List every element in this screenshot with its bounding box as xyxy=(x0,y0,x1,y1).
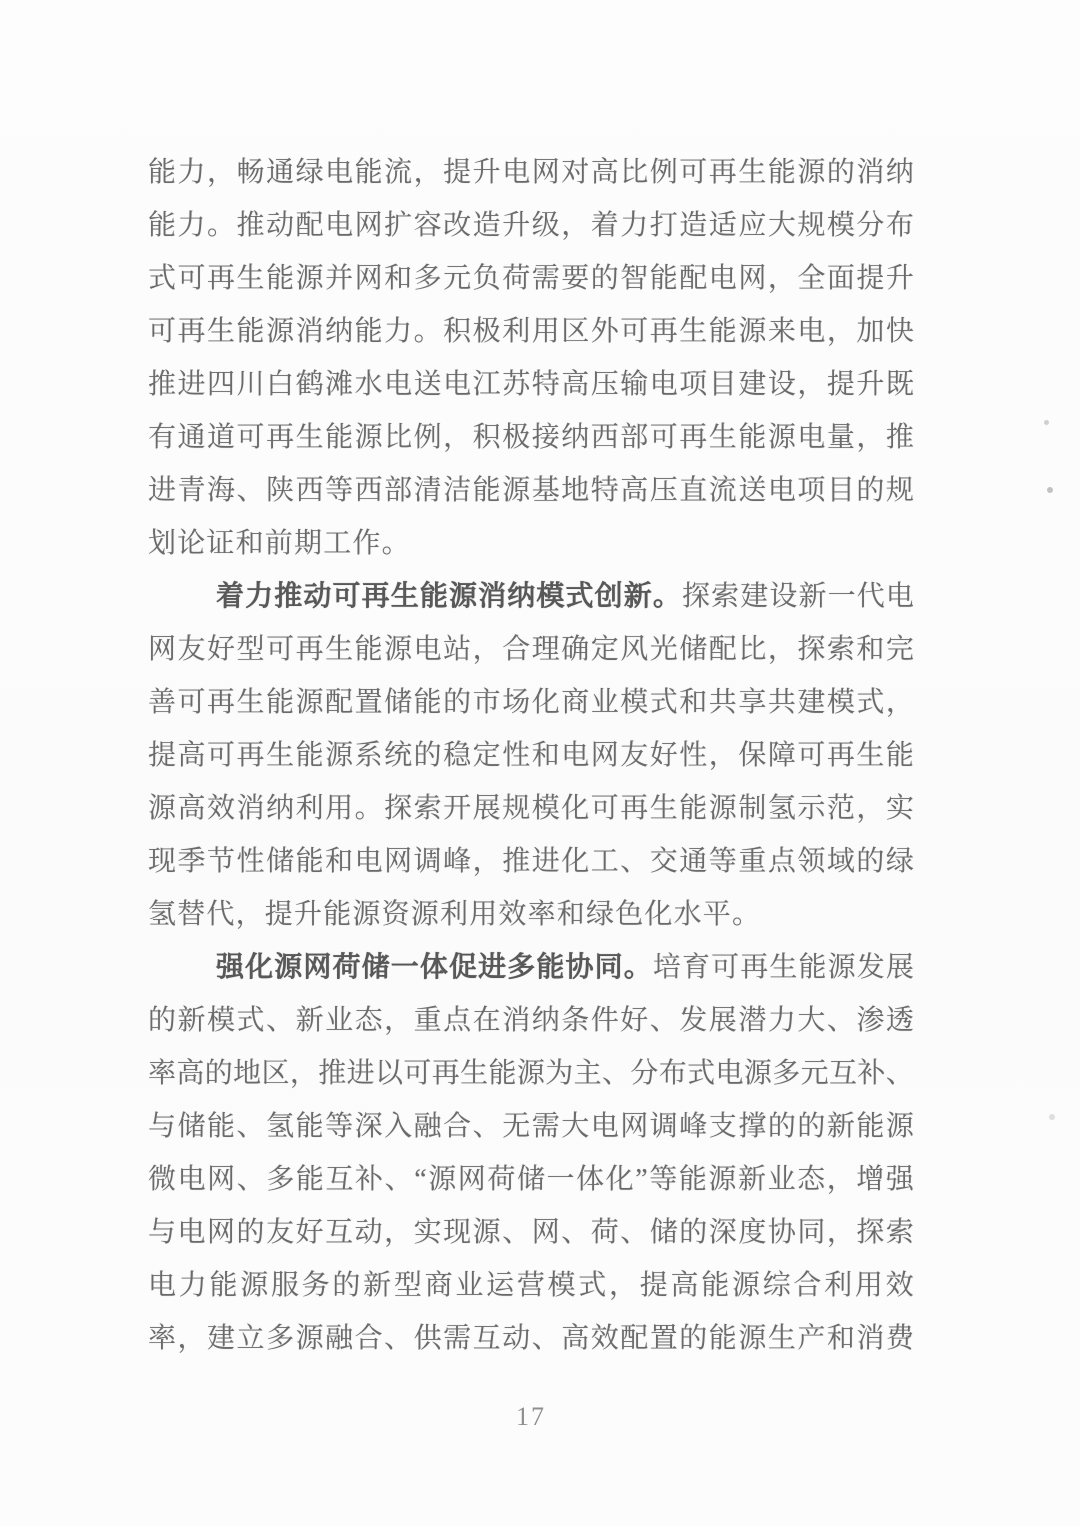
text-line: 电力能源服务的新型商业运营模式，提高能源综合利用效 xyxy=(148,1259,914,1312)
text-line: 能力。推动配电网扩容改造升级，着力打造适应大规模分布 xyxy=(148,199,914,252)
text-line: 与储能、氢能等深入融合、无需大电网调峰支撑的的新能源 xyxy=(148,1100,914,1153)
text-line: 率高的地区，推进以可再生能源为主、分布式电源多元互补、 xyxy=(148,1047,914,1100)
text-line: 提高可再生能源系统的稳定性和电网友好性，保障可再生能 xyxy=(148,729,914,782)
text-line: 着力推动可再生能源消纳模式创新。探索建设新一代电 xyxy=(148,570,914,623)
text-line: 强化源网荷储一体促进多能协同。培育可再生能源发展 xyxy=(148,941,914,994)
text-line: 可再生能源消纳能力。积极利用区外可再生能源来电，加快 xyxy=(148,305,914,358)
text-line: 率，建立多源融合、供需互动、高效配置的能源生产和消费 xyxy=(148,1312,914,1365)
text-line: 微电网、多能互补、“源网荷储一体化”等能源新业态，增强 xyxy=(148,1153,914,1206)
scan-speck xyxy=(1049,1114,1055,1120)
text-line: 式可再生能源并网和多元负荷需要的智能配电网，全面提升 xyxy=(148,252,914,305)
scan-speck xyxy=(1044,420,1049,425)
document-body: 能力，畅通绿电能流，提升电网对高比例可再生能源的消纳能力。推动配电网扩容改造升级… xyxy=(148,146,914,1365)
scan-speck xyxy=(1047,487,1053,493)
text-line: 划论证和前期工作。 xyxy=(148,517,914,570)
text-line: 善可再生能源配置储能的市场化商业模式和共享共建模式， xyxy=(148,676,914,729)
text-line: 网友好型可再生能源电站，合理确定风光储配比，探索和完 xyxy=(148,623,914,676)
text-line: 有通道可再生能源比例，积极接纳西部可再生能源电量，推 xyxy=(148,411,914,464)
text-line: 的新模式、新业态，重点在消纳条件好、发展潜力大、渗透 xyxy=(148,994,914,1047)
text-line: 与电网的友好互动，实现源、网、荷、储的深度协同，探索 xyxy=(148,1206,914,1259)
page-number: 17 xyxy=(148,1402,914,1432)
text-line: 推进四川白鹤滩水电送电江苏特高压输电项目建设，提升既 xyxy=(148,358,914,411)
text-line: 进青海、陕西等西部清洁能源基地特高压直流送电项目的规 xyxy=(148,464,914,517)
text-line: 氢替代，提升能源资源利用效率和绿色化水平。 xyxy=(148,888,914,941)
scanned-document-page: 能力，畅通绿电能流，提升电网对高比例可再生能源的消纳能力。推动配电网扩容改造升级… xyxy=(0,0,1080,1526)
text-line: 源高效消纳利用。探索开展规模化可再生能源制氢示范，实 xyxy=(148,782,914,835)
text-line: 现季节性储能和电网调峰，推进化工、交通等重点领域的绿 xyxy=(148,835,914,888)
text-line: 能力，畅通绿电能流，提升电网对高比例可再生能源的消纳 xyxy=(148,146,914,199)
